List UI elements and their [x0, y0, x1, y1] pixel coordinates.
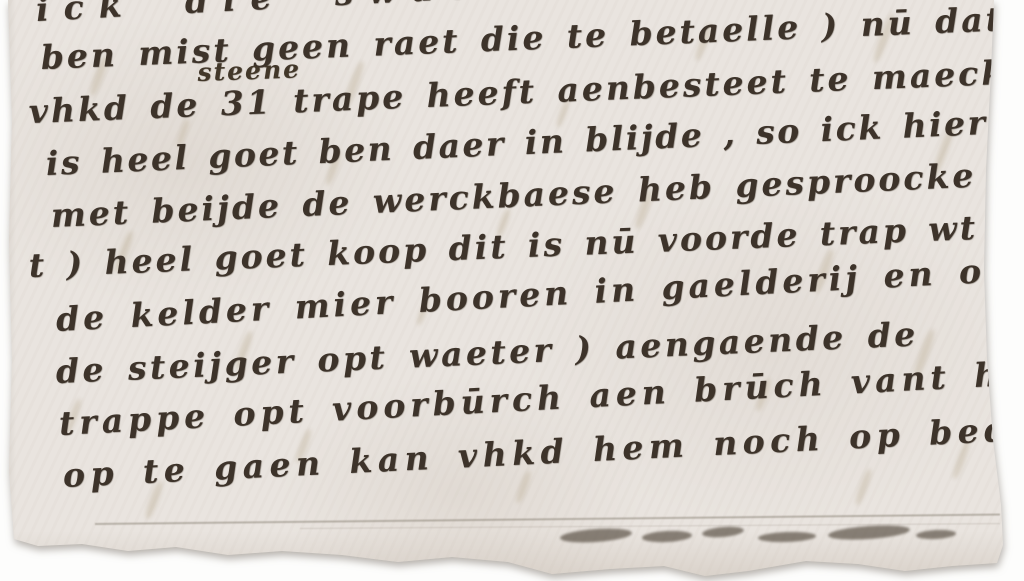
ink-smudge [758, 531, 816, 543]
manuscript-scan: ick die swaerinogh ben mist geen raet di… [0, 0, 1024, 581]
showthrough-mark [514, 470, 532, 504]
showthrough-mark [854, 468, 874, 506]
paper-shadow: ick die swaerinogh ben mist geen raet di… [0, 0, 1024, 581]
paper-sheet: ick die swaerinogh ben mist geen raet di… [0, 0, 1024, 581]
ink-smudge [560, 527, 633, 545]
ink-smudge [916, 529, 956, 540]
ink-smudge [702, 525, 745, 539]
ink-smudge [828, 523, 911, 542]
ink-smudge [642, 530, 693, 544]
